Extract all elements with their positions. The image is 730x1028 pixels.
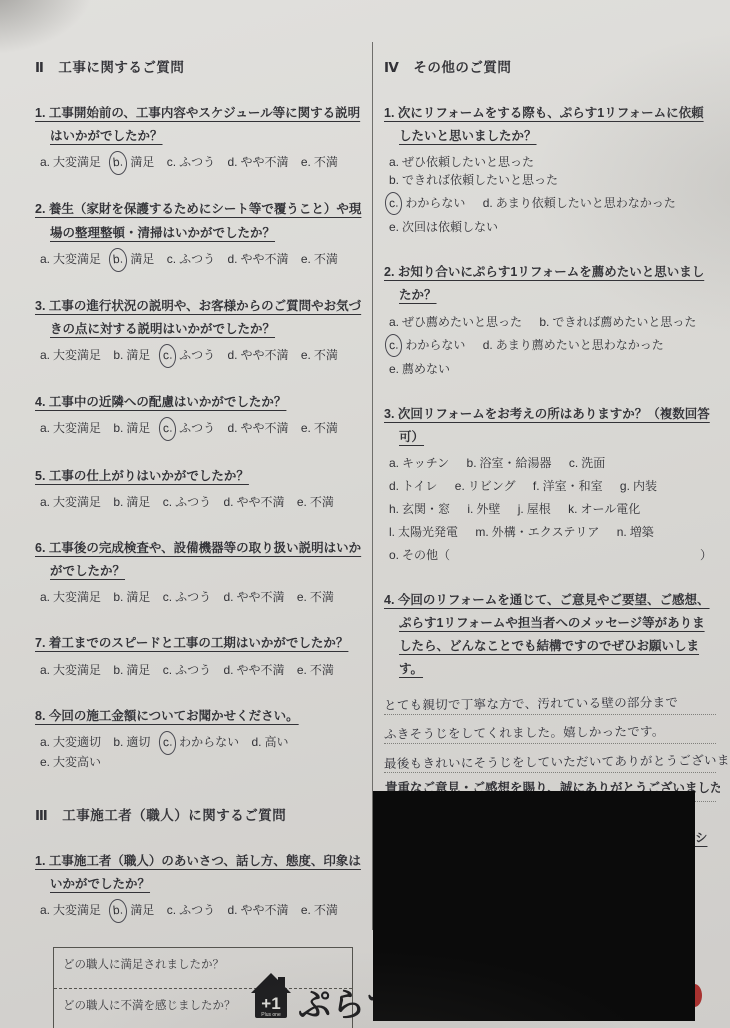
option-a: a.大変満足 — [40, 661, 101, 680]
option-e: e.不満 — [301, 419, 338, 438]
option-e: e.不満 — [297, 661, 334, 680]
option-letter: a. — [40, 421, 50, 435]
options-row: l.太陽光発電 m.外構・エクステリア n.増築 — [384, 523, 716, 541]
option-letter: e. — [297, 495, 307, 509]
option-e: e.不満 — [301, 346, 338, 365]
option-c: c.ふつう — [167, 250, 215, 269]
handwriting-line: ふきそうじをしてくれました。嬉しかったです。 — [384, 715, 716, 744]
question-s2-4: 4. 工事中の近隣への配慮はいかがでしたか？ a.大変満足 b.満足 c.ふつう… — [35, 391, 365, 439]
redaction-box — [373, 791, 695, 1021]
option-text: 不満 — [314, 421, 338, 435]
option-outer-wall: i.外壁 — [467, 500, 500, 518]
options-row: e.薦めない — [384, 360, 716, 378]
option-d: d.やや不満 — [227, 250, 288, 269]
question-text: 5. 工事の仕上がりはいかがでしたか？ — [35, 465, 365, 488]
option-d: d.やや不満 — [227, 153, 288, 172]
option-e: e.次回は依頼しない — [389, 218, 498, 236]
answer-options: a.大変満足 b.満足 c.ふつう d.やや不満 e.不満 — [35, 588, 365, 607]
option-bath: b.浴室・給湯器 — [467, 454, 552, 472]
question-text: 1. 工事開始前の、工事内容やスケジュール等に関する説明はいかがでしたか？ — [35, 102, 365, 148]
question-s4-3: 3. 次回リフォームをお考えの所はありますか？（複数回答可） a.キッチン b.… — [384, 403, 716, 564]
option-text: 浴室・給湯器 — [480, 456, 552, 470]
option-text: 洋室・和室 — [543, 479, 603, 493]
question-text: 4. 今回のリフォームを通じて、ご意見やご要望、ご感想、ぷらす1リフォームや担当… — [384, 589, 716, 682]
handwriting-line: 最後もきれいにそうじをしていただいてありがとうございました。 — [384, 744, 716, 773]
option-text: 適切 — [126, 735, 150, 749]
option-d: d.やや不満 — [227, 346, 288, 365]
option-letter: c. — [163, 590, 172, 604]
answer-options: a.大変満足 b.満足 c.ふつう d.やや不満 e.不満 — [35, 661, 365, 680]
option-letter: b. — [113, 495, 123, 509]
option-letter: a. — [40, 903, 50, 917]
option-b: b.適切 — [113, 733, 150, 752]
option-letter: e. — [301, 155, 311, 169]
option-text: わからない — [179, 735, 239, 749]
question-s2-3: 3. 工事の進行状況の説明や、お客様からのご質問やお気づきの点に対する説明はいか… — [35, 295, 365, 366]
option-letter: e. — [389, 220, 399, 234]
option-text: 大変高い — [53, 755, 101, 769]
option-text: 大変満足 — [53, 663, 101, 677]
option-letter: o. — [389, 548, 399, 562]
option-a: a.大変満足 — [40, 153, 101, 172]
option-a: a.大変満足 — [40, 493, 101, 512]
options-row: e.次回は依頼しない — [384, 218, 716, 236]
handwritten-comment: ふきそうじをしてくれました。嬉しかったです。 — [384, 722, 665, 745]
option-text: ふつう — [175, 663, 211, 677]
option-e: e.不満 — [297, 493, 334, 512]
option-c-selected: c.わからない — [389, 336, 465, 355]
option-letter: d. — [223, 495, 233, 509]
plus-one-house-logo-icon: +1 Plus one — [250, 972, 292, 1020]
option-roof: j.屋根 — [518, 500, 551, 518]
option-letter: a. — [389, 456, 399, 470]
option-text: やや不満 — [236, 663, 284, 677]
option-text: やや不満 — [240, 155, 288, 169]
option-letter: e. — [297, 590, 307, 604]
option-letter: d. — [227, 252, 237, 266]
option-letter: b. — [113, 663, 123, 677]
option-text: 満足 — [130, 155, 154, 169]
answer-options: a.大変満足 b.満足 c.ふつう d.やや不満 e.不満 — [35, 901, 365, 921]
option-text: オール電化 — [580, 502, 640, 516]
option-a: a.ぜひ薦めたいと思った — [389, 313, 522, 331]
option-letter: c. — [167, 903, 176, 917]
option-text: ぜひ依頼したいと思った — [402, 155, 534, 169]
option-text: わからない — [405, 196, 465, 210]
option-interior: g.内装 — [620, 477, 657, 495]
option-letter: b. — [113, 421, 123, 435]
option-text: 不満 — [310, 590, 334, 604]
option-text: ふつう — [179, 348, 215, 362]
question-s2-1: 1. 工事開始前の、工事内容やスケジュール等に関する説明はいかがでしたか？ a.… — [35, 102, 365, 173]
option-text: 次回は依頼しない — [402, 220, 498, 234]
question-text: 6. 工事後の完成検査や、設備機器等の取り扱い説明はいかがでしたか？ — [35, 537, 365, 583]
option-letter: a. — [389, 315, 399, 329]
option-extension: n.増築 — [617, 523, 654, 541]
option-all-electric: k.オール電化 — [568, 500, 640, 518]
option-b: b.満足 — [113, 419, 150, 438]
option-a: a.大変満足 — [40, 419, 101, 438]
option-text: 満足 — [126, 495, 150, 509]
option-other-close-paren: ） — [700, 546, 712, 564]
option-text: キッチン — [402, 456, 449, 470]
option-text: 洗面 — [581, 456, 605, 470]
option-b: b.満足 — [113, 493, 150, 512]
option-letter: e. — [455, 479, 465, 493]
option-b-selected: b.満足 — [113, 901, 154, 921]
options-row: d.トイレ e.リビング f.洋室・和室 g.内装 — [384, 477, 716, 495]
option-text: 大変満足 — [53, 421, 101, 435]
option-text: 薦めない — [402, 362, 450, 376]
option-text: やや不満 — [236, 590, 284, 604]
option-d: d.あまり薦めたいと思わなかった — [483, 336, 664, 354]
answer-circle: c. — [384, 192, 403, 216]
option-d: d.やや不満 — [227, 419, 288, 438]
option-letter: n. — [617, 525, 627, 539]
option-text: 大変適切 — [53, 735, 101, 749]
option-letter: d. — [483, 196, 493, 210]
option-a: a.ぜひ依頼したいと思った — [389, 153, 534, 171]
option-solar: l.太陽光発電 — [389, 523, 458, 541]
option-text: 満足 — [130, 903, 154, 917]
question-text: 2. お知り合いにぷらす1リフォームを薦めたいと思いましたか？ — [384, 261, 716, 307]
option-toilet: d.トイレ — [389, 477, 437, 495]
survey-form-photo: Ⅱ 工事に関するご質問 1. 工事開始前の、工事内容やスケジュール等に関する説明… — [0, 0, 730, 1028]
option-text: 玄関・窓 — [402, 502, 450, 516]
option-e: e.薦めない — [389, 360, 450, 378]
option-letter: m. — [475, 525, 488, 539]
option-c: c.ふつう — [163, 493, 211, 512]
option-b: b.できれば依頼したいと思った — [389, 171, 558, 189]
logo-plus-one-text: +1 — [261, 994, 280, 1013]
question-s3-1: 1. 工事施工者（職人）のあいさつ、話し方、態度、印象はいかがでしたか？ a.大… — [35, 850, 365, 921]
option-d: d.高い — [251, 733, 288, 752]
option-letter: e. — [301, 252, 311, 266]
answer-circle: b. — [108, 899, 128, 925]
option-letter: c. — [167, 155, 176, 169]
option-c-selected: c.ふつう — [163, 419, 215, 439]
option-letter: d. — [483, 338, 493, 352]
option-text: ぜひ薦めたいと思った — [402, 315, 522, 329]
option-text: 高い — [264, 735, 288, 749]
answer-circle: c. — [158, 417, 177, 443]
option-text: 不満 — [314, 348, 338, 362]
answer-circle: b. — [108, 247, 128, 273]
option-letter: h. — [389, 502, 399, 516]
option-letter: c. — [569, 456, 578, 470]
option-d: d.やや不満 — [223, 588, 284, 607]
option-text: 大変満足 — [53, 252, 101, 266]
option-b-selected: b.満足 — [113, 153, 154, 173]
option-letter: d. — [251, 735, 261, 749]
option-a: a.大変満足 — [40, 346, 101, 365]
question-s2-2: 2. 養生（家財を保護するためにシート等で覆うこと）や現場の整理整頓・清掃はいか… — [35, 198, 365, 269]
option-letter: b. — [389, 173, 399, 187]
option-rooms: f.洋室・和室 — [533, 477, 603, 495]
option-d: d.あまり依頼したいと思わなかった — [483, 194, 676, 212]
option-text: 満足 — [126, 421, 150, 435]
option-washstand: c.洗面 — [569, 454, 605, 472]
option-text: 太陽光発電 — [398, 525, 458, 539]
answer-circle: c. — [158, 343, 177, 369]
question-text: 2. 養生（家財を保護するためにシート等で覆うこと）や現場の整理整頓・清掃はいか… — [35, 198, 365, 244]
options-row: h.玄関・窓 i.外壁 j.屋根 k.オール電化 — [384, 500, 716, 518]
question-text: 4. 工事中の近隣への配慮はいかがでしたか？ — [35, 391, 365, 414]
option-c: c.ふつう — [163, 588, 211, 607]
option-e: e.不満 — [297, 588, 334, 607]
option-text: 増築 — [630, 525, 654, 539]
options-row: c.わからない d.あまり依頼したいと思わなかった — [384, 194, 716, 213]
question-text: 3. 工事の進行状況の説明や、お客様からのご質問やお気づきの点に対する説明はいか… — [35, 295, 365, 341]
option-c-selected: c.わからない — [163, 733, 239, 753]
option-letter: d. — [223, 663, 233, 677]
handwriting-line: とても親切で丁寧な方で、汚れている壁の部分まで — [384, 686, 716, 715]
option-text: 外構・エクステリア — [492, 525, 600, 539]
option-d: d.やや不満 — [223, 493, 284, 512]
option-letter: d. — [227, 155, 237, 169]
answer-options: a.大変適切 b.適切 c.わからない d.高い e.大変高い — [35, 733, 365, 772]
option-text: やや不満 — [236, 495, 284, 509]
option-text: ふつう — [175, 590, 211, 604]
option-b: b.できれば薦めたいと思った — [539, 313, 696, 331]
option-text: やや不満 — [240, 348, 288, 362]
option-e: e.不満 — [301, 250, 338, 269]
option-text: 外壁 — [476, 502, 500, 516]
option-a: a.大変満足 — [40, 901, 101, 920]
option-text: あまり薦めたいと思わなかった — [496, 338, 664, 352]
option-text: 屋根 — [527, 502, 551, 516]
options-row: a.キッチン b.浴室・給湯器 c.洗面 — [384, 454, 716, 472]
logo-plus-one-subtext: Plus one — [261, 1012, 281, 1018]
option-text: 大変満足 — [53, 155, 101, 169]
option-a: a.大変適切 — [40, 733, 101, 752]
option-letter: d. — [223, 590, 233, 604]
option-letter: a. — [40, 663, 50, 677]
option-other: o.その他（ — [389, 546, 450, 564]
option-b: b.満足 — [113, 346, 150, 365]
option-text: できれば薦めたいと思った — [552, 315, 696, 329]
option-text: 内装 — [633, 479, 657, 493]
question-text: 8. 今回の施工金額についてお聞かせください。 — [35, 705, 365, 728]
option-text: 大変満足 — [53, 348, 101, 362]
option-c: c.ふつう — [167, 901, 215, 920]
option-text: 満足 — [130, 252, 154, 266]
section-2-title: Ⅱ 工事に関するご質問 — [35, 56, 365, 76]
option-c-selected: c.ふつう — [163, 346, 215, 366]
right-column: Ⅳ その他のご質問 1. 次にリフォームをする際も、ぷらす1リフォームに依頼した… — [384, 56, 716, 874]
options-row: c.わからない d.あまり薦めたいと思わなかった — [384, 336, 716, 355]
options-row: o.その他（ ） — [384, 546, 716, 564]
answer-options: a.大変満足 b.満足 c.ふつう d.やや不満 e.不満 — [35, 250, 365, 270]
option-text: ふつう — [179, 252, 215, 266]
question-s2-6: 6. 工事後の完成検査や、設備機器等の取り扱い説明はいかがでしたか？ a.大変満… — [35, 537, 365, 607]
option-letter: c. — [163, 495, 172, 509]
option-b: b.満足 — [113, 661, 150, 680]
option-exterior: m.外構・エクステリア — [475, 523, 599, 541]
option-living: e.リビング — [455, 477, 516, 495]
option-text: やや不満 — [240, 903, 288, 917]
answer-options: a.大変満足 b.満足 c.ふつう d.やや不満 e.不満 — [35, 346, 365, 366]
option-a: a.大変満足 — [40, 250, 101, 269]
option-e: e.不満 — [301, 901, 338, 920]
section-3-title: Ⅲ 工事施工者（職人）に関するご質問 — [35, 804, 365, 824]
option-text: 不満 — [314, 155, 338, 169]
option-letter: f. — [533, 479, 540, 493]
option-letter: e. — [40, 755, 50, 769]
option-letter: g. — [620, 479, 630, 493]
option-c: c.ふつう — [167, 153, 215, 172]
option-letter: c. — [167, 252, 176, 266]
question-s4-1: 1. 次にリフォームをする際も、ぷらす1リフォームに依頼したいと思いましたか？ … — [384, 102, 716, 236]
option-text: トイレ — [402, 479, 437, 493]
option-b-selected: b.満足 — [113, 250, 154, 270]
option-letter: i. — [467, 502, 473, 516]
option-text: わからない — [405, 338, 465, 352]
option-text: ふつう — [179, 421, 215, 435]
option-letter: d. — [389, 479, 399, 493]
option-letter: a. — [40, 735, 50, 749]
option-a: a.大変満足 — [40, 588, 101, 607]
question-s2-7: 7. 着工までのスピードと工事の工期はいかがでしたか？ a.大変満足 b.満足 … — [35, 632, 365, 679]
option-letter: e. — [301, 903, 311, 917]
option-text: ふつう — [179, 903, 215, 917]
option-c: c.ふつう — [163, 661, 211, 680]
option-letter: a. — [389, 155, 399, 169]
option-text: 満足 — [126, 348, 150, 362]
option-letter: e. — [297, 663, 307, 677]
option-letter: l. — [389, 525, 395, 539]
option-letter: a. — [40, 348, 50, 362]
option-letter: a. — [40, 590, 50, 604]
option-text: 満足 — [126, 663, 150, 677]
question-s2-5: 5. 工事の仕上がりはいかがでしたか？ a.大変満足 b.満足 c.ふつう d.… — [35, 465, 365, 512]
answer-circle: c. — [158, 730, 177, 756]
answer-options: a.大変満足 b.満足 c.ふつう d.やや不満 e.不満 — [35, 153, 365, 173]
option-letter: e. — [389, 362, 399, 376]
option-c-selected: c.わからない — [389, 194, 465, 213]
handwritten-comment: 最後もきれいにそうじをしていただいてありがとうございました。 — [384, 750, 730, 774]
question-text: 1. 工事施工者（職人）のあいさつ、話し方、態度、印象はいかがでしたか？ — [35, 850, 365, 896]
option-text: できれば依頼したいと思った — [402, 173, 558, 187]
option-kitchen: a.キッチン — [389, 454, 449, 472]
option-text: 不満 — [314, 252, 338, 266]
option-entrance: h.玄関・窓 — [389, 500, 450, 518]
question-s2-8: 8. 今回の施工金額についてお聞かせください。 a.大変適切 b.適切 c.わか… — [35, 705, 365, 773]
option-text: ふつう — [179, 155, 215, 169]
option-text: やや不満 — [240, 421, 288, 435]
question-s4-4: 4. 今回のリフォームを通じて、ご意見やご要望、ご感想、ぷらす1リフォームや担当… — [384, 589, 716, 803]
option-letter: b. — [539, 315, 549, 329]
option-d: d.やや不満 — [227, 901, 288, 920]
option-text: 不満 — [310, 495, 334, 509]
option-text: 不満 — [310, 663, 334, 677]
option-text: やや不満 — [240, 252, 288, 266]
option-text: 満足 — [126, 590, 150, 604]
option-e: e.大変高い — [40, 753, 101, 772]
option-text: その他（ — [402, 548, 450, 562]
question-text: 7. 着工までのスピードと工事の工期はいかがでしたか？ — [35, 632, 365, 655]
option-text: 大変満足 — [53, 903, 101, 917]
handwritten-comment: とても親切で丁寧な方で、汚れている壁の部分まで — [384, 693, 678, 716]
option-letter: e. — [301, 421, 311, 435]
option-letter: b. — [113, 735, 123, 749]
answer-options: a.大変満足 b.満足 c.ふつう d.やや不満 e.不満 — [35, 493, 365, 512]
option-letter: k. — [568, 502, 577, 516]
option-letter: c. — [163, 663, 172, 677]
option-letter: b. — [467, 456, 477, 470]
answer-options: a.大変満足 b.満足 c.ふつう d.やや不満 e.不満 — [35, 419, 365, 439]
answer-circle: b. — [108, 151, 128, 177]
option-letter: d. — [227, 421, 237, 435]
option-text: リビング — [468, 479, 516, 493]
option-letter: a. — [40, 252, 50, 266]
left-column: Ⅱ 工事に関するご質問 1. 工事開始前の、工事内容やスケジュール等に関する説明… — [35, 56, 365, 1028]
section-4-title: Ⅳ その他のご質問 — [384, 56, 716, 76]
option-text: 不満 — [314, 903, 338, 917]
option-text: 大変満足 — [53, 590, 101, 604]
option-letter: j. — [518, 502, 524, 516]
option-letter: a. — [40, 155, 50, 169]
options-row: a.ぜひ依頼したいと思った b.できれば依頼したいと思った — [384, 153, 716, 189]
option-d: d.やや不満 — [223, 661, 284, 680]
option-letter: b. — [113, 348, 123, 362]
option-text: あまり依頼したいと思わなかった — [496, 196, 676, 210]
option-b: b.満足 — [113, 588, 150, 607]
question-s4-2: 2. お知り合いにぷらす1リフォームを薦めたいと思いましたか？ a.ぜひ薦めたい… — [384, 261, 716, 377]
question-text: 3. 次回リフォームをお考えの所はありますか？（複数回答可） — [384, 403, 716, 449]
option-letter: a. — [40, 495, 50, 509]
option-text: ふつう — [175, 495, 211, 509]
option-e: e.不満 — [301, 153, 338, 172]
question-text: 1. 次にリフォームをする際も、ぷらす1リフォームに依頼したいと思いましたか？ — [384, 102, 716, 148]
option-text: 大変満足 — [53, 495, 101, 509]
option-letter: d. — [227, 348, 237, 362]
option-letter: b. — [113, 590, 123, 604]
option-letter: d. — [227, 903, 237, 917]
options-row: a.ぜひ薦めたいと思った b.できれば薦めたいと思った — [384, 313, 716, 331]
answer-circle: c. — [384, 333, 403, 357]
option-letter: e. — [301, 348, 311, 362]
